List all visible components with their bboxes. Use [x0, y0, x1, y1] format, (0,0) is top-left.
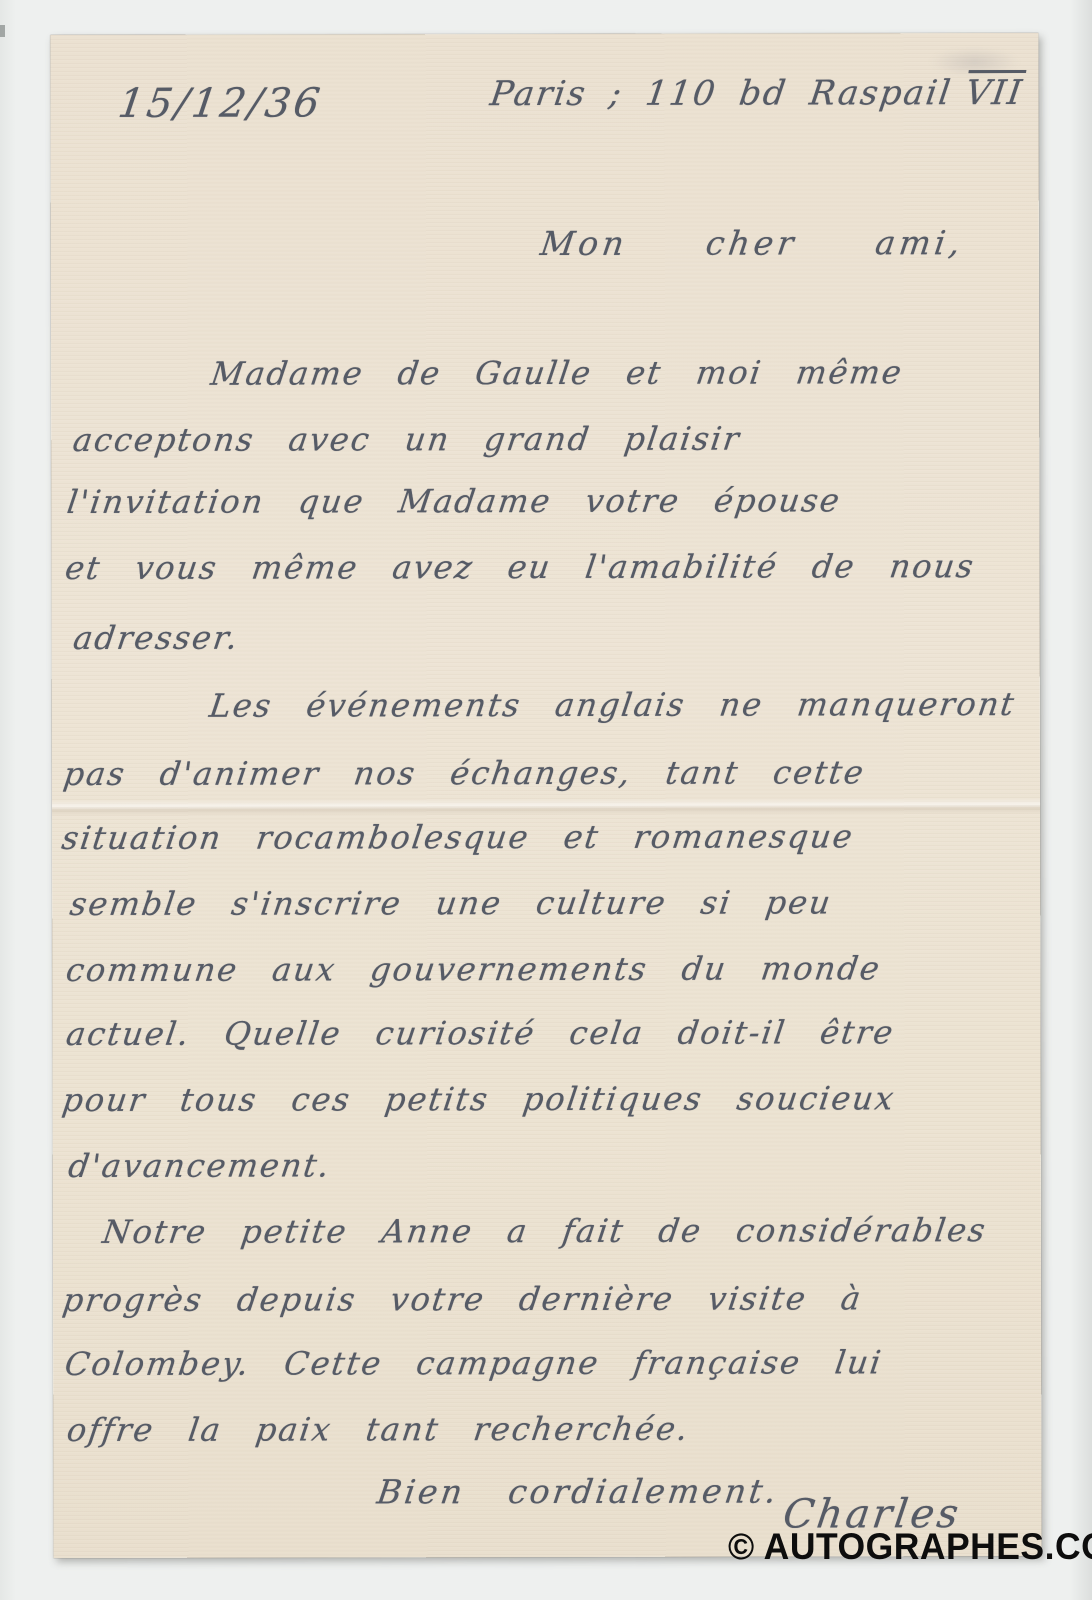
- handwritten-line: progrès depuis votre dernière visite à: [60, 1279, 864, 1319]
- letter-paper: 15/12/36 Paris ; 110 bd RaspailVII Mon c…: [50, 33, 1041, 1558]
- handwritten-line: situation rocambolesque et romanesque: [59, 817, 856, 857]
- scan-edge-mark: [0, 25, 5, 37]
- handwritten-line: offre la paix tant recherchée.: [65, 1410, 692, 1449]
- handwritten-line: pas d'animer nos échanges, tant cette: [61, 753, 867, 793]
- letter-address-arrondissement: VII: [963, 73, 1026, 113]
- handwritten-line: actuel. Quelle curiosité cela doit-il êt…: [64, 1013, 897, 1053]
- handwritten-line: et vous même avez eu l'amabilité de nous: [63, 547, 978, 587]
- handwritten-line: commune aux gouvernements du monde: [64, 949, 884, 989]
- handwritten-line: pour tous ces petits politiques soucieux: [60, 1079, 898, 1119]
- handwritten-line: Madame de Gaulle et moi même: [208, 353, 905, 392]
- autographes-watermark: © AUTOGRAPHES.COM: [728, 1526, 1092, 1568]
- handwritten-line: Colombey. Cette campagne française lui: [63, 1343, 885, 1383]
- letter-closing: Bien cordialement.: [375, 1472, 782, 1512]
- handwritten-line: acceptons avec un grand plaisir: [71, 420, 744, 459]
- letter-date: 15/12/36: [115, 80, 325, 126]
- handwritten-line: d'avancement.: [66, 1146, 333, 1185]
- handwritten-line: Les événements anglais ne manqueront: [207, 685, 1018, 725]
- photo-background-right-band: [1070, 0, 1092, 1600]
- handwritten-line: adresser.: [71, 619, 242, 657]
- handwritten-line: Notre petite Anne a fait de considérable…: [100, 1211, 989, 1251]
- letter-address: Paris ; 110 bd RaspailVII: [488, 73, 1026, 114]
- fold-crease: [52, 798, 1040, 816]
- handwritten-line: l'invitation que Madame votre épouse: [65, 481, 844, 521]
- letter-salutation: Mon cher ami,: [538, 223, 966, 263]
- handwritten-line: semble s'inscrire une culture si peu: [68, 883, 835, 923]
- letter-address-main: Paris ; 110 bd Raspail: [488, 73, 955, 114]
- photo-background-left-band: [0, 0, 16, 1600]
